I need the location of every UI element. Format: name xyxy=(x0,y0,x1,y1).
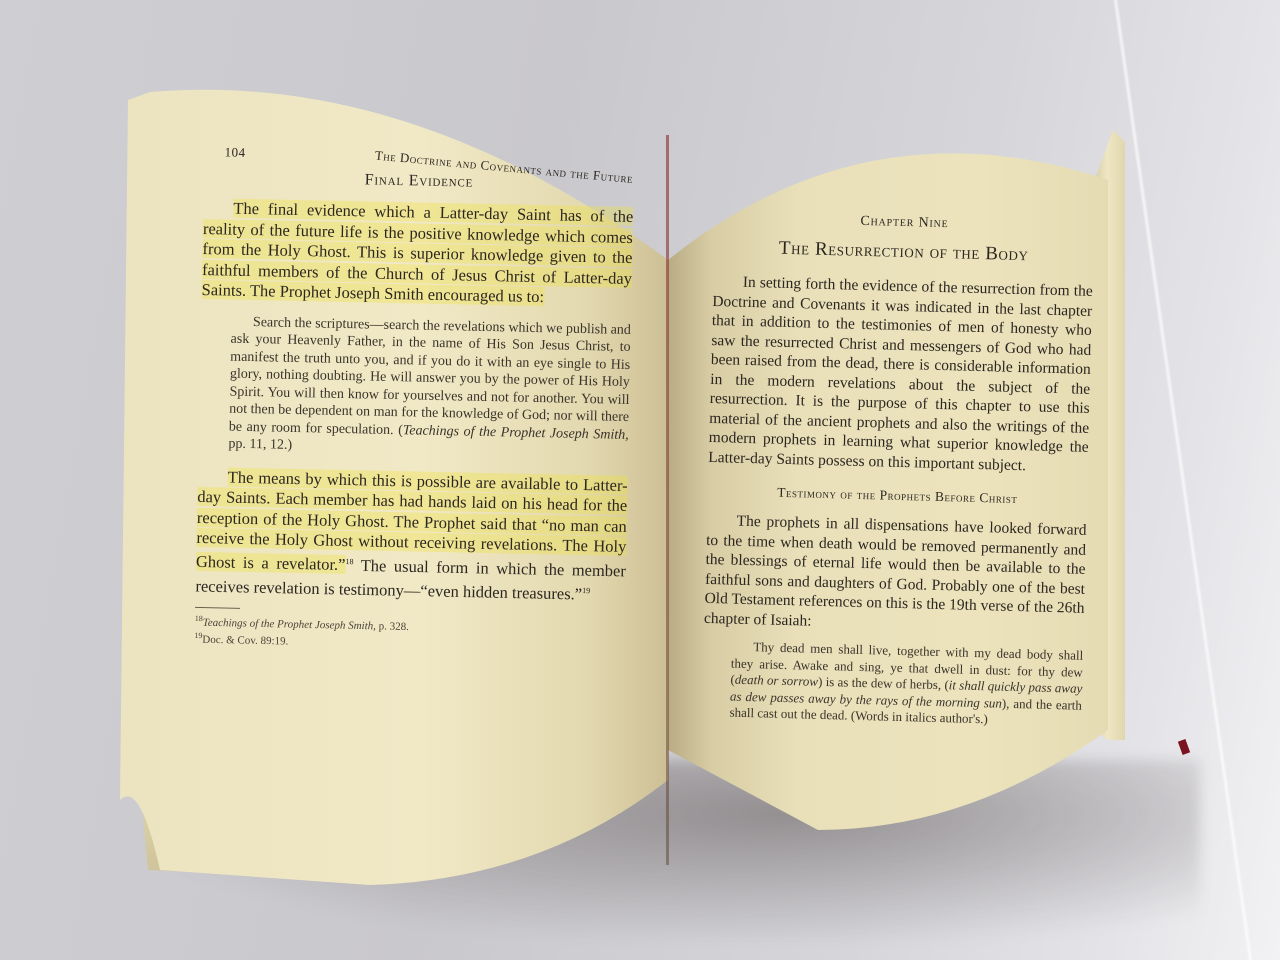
paragraph: In setting forth the evidence of the res… xyxy=(708,272,1093,477)
page-number: 104 xyxy=(224,144,245,160)
footnote-number: 18 xyxy=(195,613,203,622)
running-head: 104 The Doctrine and Covenants and the F… xyxy=(204,144,634,169)
red-cover-corner xyxy=(1178,739,1190,755)
quote-citation-title: Teachings of the Prophet Joseph Smith, xyxy=(403,423,629,443)
footnote-text: p. 328. xyxy=(376,620,409,633)
right-page-text: Chapter Nine The Resurrection of the Bod… xyxy=(701,200,1094,730)
block-quote: Thy dead men shall live, together with m… xyxy=(729,639,1083,731)
chapter-label: Chapter Nine xyxy=(714,210,1094,236)
footnote-ref: 18 xyxy=(345,557,353,566)
quote-italic: death or sorrow xyxy=(735,672,819,689)
footnote-number: 19 xyxy=(194,631,202,640)
left-page-text: 104 The Doctrine and Covenants and the F… xyxy=(194,130,635,656)
chapter-title: The Resurrection of the Body xyxy=(713,236,1093,268)
footnote-rule xyxy=(195,606,240,608)
quote-text: Search the scriptures—search the revelat… xyxy=(229,315,631,438)
footnote-ref: 19 xyxy=(582,586,590,595)
paragraph: The means by which this is possible are … xyxy=(195,466,628,605)
footnote-text: Doc. & Cov. 89:19. xyxy=(202,634,288,648)
subheading: Testimony of the Prophets Before Christ xyxy=(707,483,1087,509)
highlighted-text: The final evidence which a Latter-day Sa… xyxy=(201,199,633,307)
quote-citation-pages: pp. 11, 12.) xyxy=(228,437,292,453)
quote-text: ) is as the dew of herbs, ( xyxy=(818,674,949,692)
book-spine xyxy=(666,135,669,865)
block-quote: Search the scriptures—search the revelat… xyxy=(228,313,631,461)
paragraph: The prophets in all dispensations have l… xyxy=(704,511,1087,638)
paragraph: The final evidence which a Latter-day Sa… xyxy=(201,198,633,309)
